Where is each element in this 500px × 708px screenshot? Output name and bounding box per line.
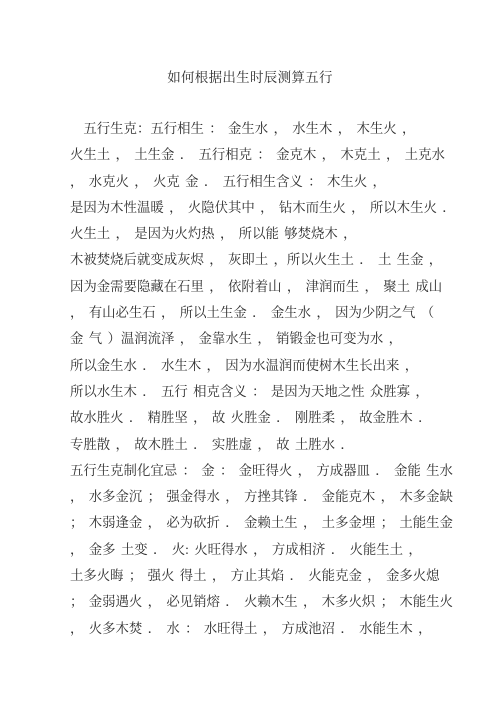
text-line: ， 火多木焚 ． 水 ： 水旺得土 ， 方成池沼 ． 水能生木 ， [70,616,490,642]
text-line: 五行生克制化宜忌 ： 金 ： 金旺得火 ， 方成器皿 ． 金能 生水 [70,458,490,484]
text-line: ； 木弱逢金 ， 必为砍折 ． 金赖土生 ， 土多金埋 ； 土能生金 [70,510,490,536]
text-line: 因为金需要隐藏在石里 ， 依附着山 ， 津润而生 ， 聚土 成山 [70,274,490,300]
text-line: 五行生克：五行相生 ： 金生水 ， 水生木 ， 木生火 ， [70,116,490,142]
text-line: 金 气 ）温润流泽 ， 金靠水生 ， 销锻金也可变为水 ， [70,326,490,352]
text-line: 是因为木性温暖 ， 火隐伏其中 ， 钻木而生火 ， 所以木生火 ． [70,195,490,221]
text-line: 所以金生水 ． 水生木 ， 因为水温润而使树木生长出来 ， [70,353,490,379]
text-line: 故水胜火 ． 精胜坚 ， 故 火胜金 ． 刚胜柔 ， 故金胜木 ． [70,405,490,431]
text-line: ， 水多金沉 ； 强金得水 ， 方挫其锋 ． 金能克木 ， 木多金缺 [70,484,490,510]
text-line: 木被焚烧后就变成灰烬 ， 灰即土 ，所以火生土 ． 土 生金 ， [70,247,490,273]
text-line: 所以水生木 ． 五行 相克含义 ： 是因为天地之性 众胜寡 ， [70,379,490,405]
text-line: 火生土 ， 土生金 ． 五行相克 ： 金克木 ， 木克土 ， 土克水 [70,142,490,168]
document-body: 五行生克：五行相生 ： 金生水 ， 水生木 ， 木生火 ， 火生土 ， 土生金 … [70,116,490,642]
text-line: ； 金弱遇火 ， 必见销熔 ． 火赖木生 ， 木多火炽 ； 木能生火 [70,589,490,615]
text-line: 火生土 ， 是因为火灼热 ， 所以能 够焚烧木 ， [70,221,490,247]
text-line: 专胜散 ， 故木胜土 ． 实胜虚 ， 故 土胜水 ． [70,432,490,458]
text-line: ， 有山必生石 ， 所以土生金 ． 金生水 ， 因为少阴之气 （ [70,300,490,326]
text-line: 土多火晦 ； 强火 得土 ， 方止其焰 ． 火能克金 ， 金多火熄 [70,563,490,589]
document-page: 如何根据出生时辰测算五行 五行生克：五行相生 ： 金生水 ， 水生木 ， 木生火… [0,0,500,708]
text-line: ， 水克火 ， 火克 金 ． 五行相生含义 ： 木生火 ， [70,169,490,195]
text-line: ， 金多 土变 ． 火: 火旺得水 ， 方成相济 ． 火能生土 ， [70,537,490,563]
document-title: 如何根据出生时辰测算五行 [0,66,500,86]
